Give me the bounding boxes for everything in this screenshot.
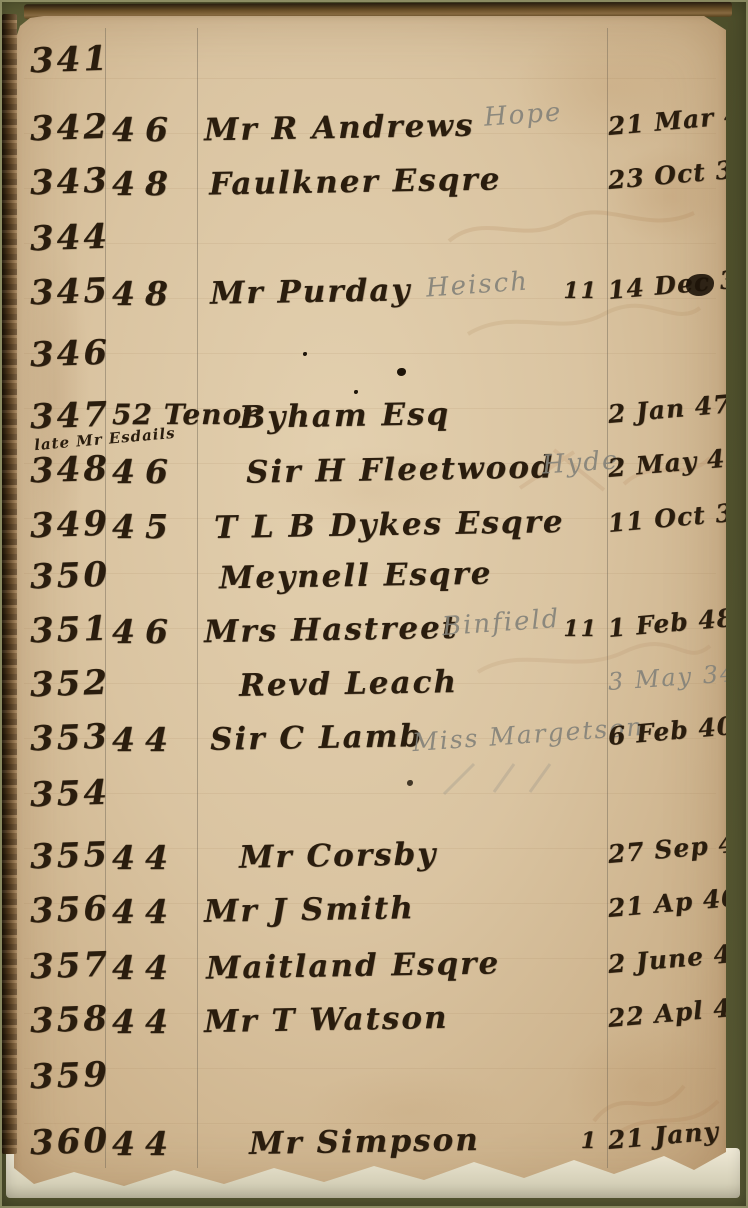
ledger-row-359: 359: [14, 1056, 726, 1110]
customer-name: Mr Purday: [210, 272, 412, 312]
voice-size: 44: [112, 892, 178, 931]
ledger-row-356: 356 44 Mr J Smith 21 Ap 40: [14, 890, 726, 944]
customer-name: Sir C Lamb: [210, 718, 424, 758]
voice-size: 46: [112, 612, 178, 651]
ledger-row-351: 351 46 Mrs Hastreet Binfield 11 1 Feb 48: [14, 610, 726, 664]
entry-number: 352: [29, 663, 110, 706]
customer-name: Mrs Hastreet: [204, 610, 459, 650]
entry-date: 2 Jan 47: [607, 389, 733, 429]
ledger-row-352: 352 Revd Leach 3 May 34: [14, 664, 726, 718]
customer-name: Sir H Fleetwood: [246, 449, 555, 490]
ledger-row-349: 349 45 T L B Dykes Esqre 11 Oct 39: [14, 505, 726, 559]
entry-number: 357: [29, 945, 110, 988]
ledger-row-345: 345 48 Mr Purday Heisch 11 14 Dec 39: [14, 272, 726, 326]
ledger-page-photo: { "document": { "kind": "handwritten led…: [0, 0, 748, 1208]
voice-size: 44: [112, 1124, 178, 1163]
pencil-annotation: Hope: [483, 97, 563, 132]
voice-size: 44: [112, 948, 178, 987]
customer-name: Mr Corsby: [239, 836, 438, 875]
entry-number: 359: [29, 1055, 110, 1098]
voice-size: 48: [112, 274, 178, 313]
customer-name: Maitland Esqre: [206, 945, 501, 986]
entry-number: 358: [29, 999, 110, 1042]
ledger-row-347: 347 52 Tenor. Byham Esq late Mr Esdails …: [14, 396, 726, 450]
customer-name: Faulkner Esqre: [209, 161, 502, 202]
voice-size: 46: [112, 452, 178, 491]
tick-mark: 11: [562, 278, 598, 304]
voice-size: 44: [112, 1002, 178, 1041]
pencil-annotation: Heisch: [425, 266, 530, 303]
entry-number: 353: [29, 717, 110, 760]
entry-number: 354: [29, 773, 110, 816]
entry-number: 349: [29, 504, 110, 547]
voice-size: 48: [112, 164, 178, 203]
customer-name: Meynell Esqre: [219, 556, 493, 597]
ledger-row-358: 358 44 Mr T Watson 22 Apl 40: [14, 1000, 726, 1054]
ledger-paper: 341 342 46 Mr R Andrews Hope 21 Mar 40 3…: [14, 16, 726, 1188]
ledger-row-341: 341: [14, 40, 726, 94]
entry-number: 342: [29, 107, 110, 150]
tick-mark: 1: [562, 1128, 598, 1154]
ledger-row-348: 348 46 Sir H Fleetwood Hyde 2 May 43: [14, 450, 726, 504]
voice-size: 44: [112, 720, 178, 759]
voice-size: 45: [112, 507, 178, 546]
ledger-row-343: 343 48 Faulkner Esqre 23 Oct 39: [14, 162, 726, 216]
customer-name: Mr J Smith: [204, 890, 415, 930]
entry-number: 341: [29, 39, 110, 82]
entry-date: 21 Mar 40: [607, 99, 748, 141]
customer-name: Mr Simpson: [249, 1122, 480, 1162]
entry-date-pencil: 3 May 34: [607, 659, 738, 696]
entry-number: 344: [29, 217, 110, 260]
entry-number: 351: [29, 609, 110, 652]
entry-number: 350: [29, 555, 110, 598]
entry-number: 345: [29, 271, 110, 314]
customer-name: Revd Leach: [239, 664, 459, 704]
customer-name: Mr T Watson: [204, 1000, 449, 1040]
ledger-row-344: 344: [14, 218, 726, 272]
ledger-row-354: 354: [14, 774, 726, 828]
entry-date: 27 Sep 47: [607, 827, 748, 869]
entry-number: 346: [29, 333, 110, 376]
customer-name: Mr R Andrews: [204, 108, 475, 149]
customer-name: T L B Dykes Esqre: [214, 504, 565, 546]
customer-name: Byham Esq: [239, 396, 451, 436]
voice-size: 44: [112, 838, 178, 877]
voice-size: 46: [112, 110, 178, 149]
book-binding: [2, 14, 17, 1154]
ledger-row-357: 357 44 Maitland Esqre 2 June 40: [14, 946, 726, 1000]
entry-number: 355: [29, 835, 110, 878]
entry-number: 360: [29, 1121, 110, 1164]
ledger-row-346: 346: [14, 334, 726, 388]
entry-number: 343: [29, 161, 110, 204]
ledger-row-353: 353 44 Sir C Lamb Miss Margetson 6 Feb 4…: [14, 718, 726, 772]
ink-speck: [354, 390, 358, 394]
ledger-row-342: 342 46 Mr R Andrews Hope 21 Mar 40: [14, 108, 726, 162]
entry-number: 356: [29, 889, 110, 932]
entry-number: 348: [29, 449, 110, 492]
ledger-row-355: 355 44 Mr Corsby 27 Sep 47: [14, 836, 726, 890]
tick-mark: 11: [562, 616, 598, 642]
ledger-row-350: 350 Meynell Esqre: [14, 556, 726, 610]
pencil-annotation: Binfield: [441, 604, 561, 642]
